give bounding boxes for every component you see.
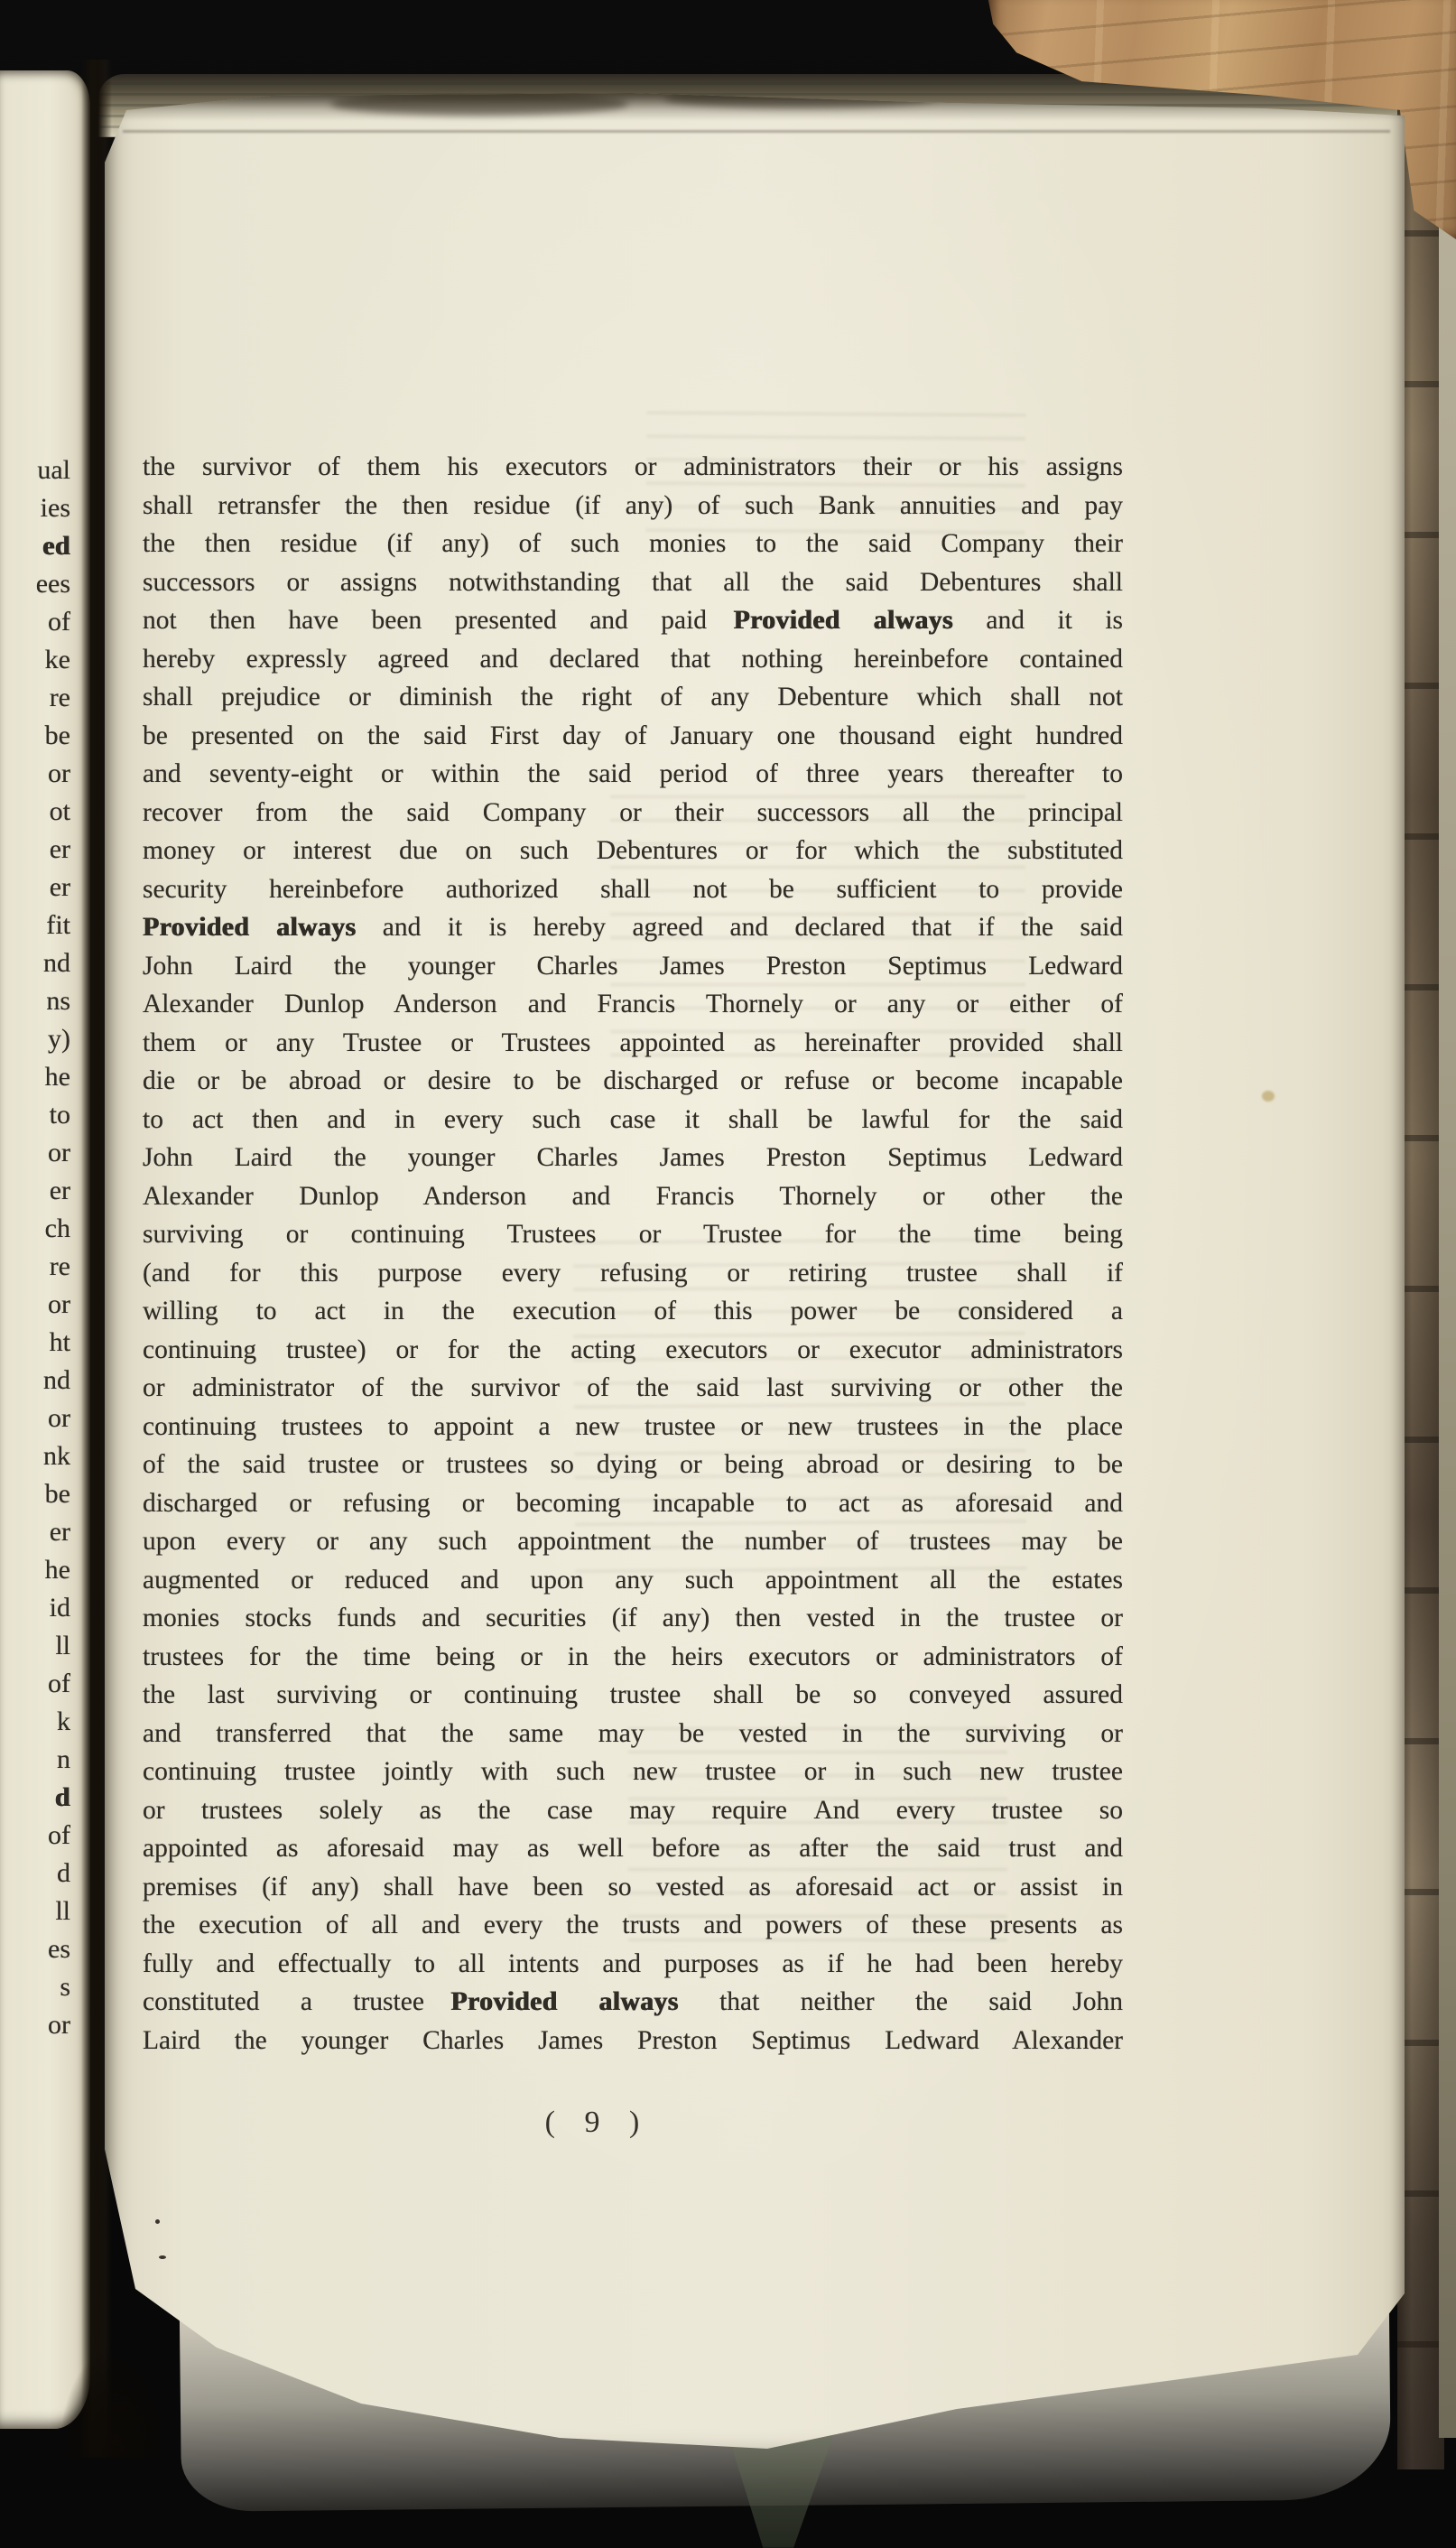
text-segment: Laird the younger Charles James Preston … (143, 2026, 1123, 2055)
text-segment: Alexander Dunlop Anderson and Francis Th… (143, 990, 1123, 1018)
text-segment: discharged or refusing or becoming incap… (143, 1489, 1123, 1518)
facing-page-line-fragment: re (0, 1248, 90, 1286)
text-line: and seventy-eight or within the said per… (143, 755, 1123, 794)
text-line: the execution of all and every the trust… (143, 1906, 1123, 1945)
top-edge-line (123, 130, 1390, 133)
text-line: Laird the younger Charles James Preston … (143, 2022, 1123, 2060)
facing-page-line-fragment: he (0, 1058, 90, 1096)
text-line: fully and effectually to all intents and… (143, 1945, 1123, 1984)
text-line: trustees for the time being or in the he… (143, 1638, 1123, 1677)
facing-page-line-fragment: d (0, 1779, 90, 1817)
facing-page-line-fragment: nd (0, 944, 90, 982)
text-line: continuing trustees to appoint a new tru… (143, 1408, 1123, 1446)
document-page: the survivor of them his executors or ad… (105, 90, 1405, 2460)
facing-page-line-fragment: nd (0, 1362, 90, 1400)
text-line: recover from the said Company or their s… (143, 794, 1123, 832)
text-line: John Laird the younger Charles James Pre… (143, 947, 1123, 986)
text-segment: or trustees solely as the case may requi… (143, 1796, 1123, 1825)
text-segment: the execution of all and every the trust… (143, 1911, 1123, 1939)
text-segment: shall retransfer the then residue (if an… (143, 491, 1123, 520)
page-number: ( 9 ) (475, 2106, 709, 2140)
text-segment: recover from the said Company or their s… (143, 798, 1123, 827)
text-segment: and transferred that the same may be ves… (143, 1719, 1123, 1748)
facing-page-line-fragment: fit (0, 907, 90, 944)
blackletter-phrase: Provided always (450, 1987, 678, 2016)
facing-page-line-fragment: es (0, 1930, 90, 1968)
text-line: continuing trustee jointly with such new… (143, 1753, 1123, 1791)
text-line: die or be abroad or desire to be dischar… (143, 1062, 1123, 1101)
ink-speck (155, 2219, 160, 2224)
facing-page-line-fragment: be (0, 1475, 90, 1513)
ink-speck (159, 2255, 166, 2259)
facing-page-line-fragment: be (0, 717, 90, 755)
facing-page-line-fragment: or (0, 2006, 90, 2044)
text-segment: shall prejudice or diminish the right of… (143, 683, 1123, 711)
facing-page-line-fragment: ees (0, 565, 90, 603)
text-line: or administrator of the survivor of the … (143, 1369, 1123, 1408)
facing-page-line-fragment: ll (0, 1627, 90, 1665)
text-segment: fully and effectually to all intents and… (143, 1949, 1123, 1978)
text-segment: the survivor of them his executors or ad… (143, 452, 1123, 481)
facing-page-line-fragment: or (0, 1400, 90, 1437)
text-line: hereby expressly agreed and declared tha… (143, 640, 1123, 679)
facing-page-line-fragment: er (0, 1172, 90, 1210)
text-line: surviving or continuing Trustees or Trus… (143, 1215, 1123, 1254)
text-segment: premises (if any) shall have been so ves… (143, 1873, 1123, 1902)
text-segment: appointed as aforesaid may as well befor… (143, 1834, 1123, 1863)
text-line: to act then and in every such case it sh… (143, 1101, 1123, 1139)
facing-page-line-fragment: he (0, 1551, 90, 1589)
text-segment: be presented on the said First day of Ja… (143, 721, 1123, 750)
facing-page-line-fragment: ns (0, 982, 90, 1020)
ink-smudge (330, 92, 628, 116)
facing-page-edge: ualiesedeesofkerebeorotererfitndnsy)heto… (0, 70, 90, 2429)
text-segment: and it is hereby agreed and declared tha… (356, 913, 1123, 942)
facing-page-line-fragment: re (0, 679, 90, 717)
facing-page-line-fragment: nk (0, 1437, 90, 1475)
fore-edge-pages-light (1439, 90, 1456, 2438)
text-segment: continuing trustees to appoint a new tru… (143, 1412, 1123, 1441)
facing-page-text-fragments: ualiesedeesofkerebeorotererfitndnsy)heto… (0, 451, 90, 2044)
text-line: continuing trustee) or for the acting ex… (143, 1331, 1123, 1370)
text-line: and transferred that the same may be ves… (143, 1715, 1123, 1753)
facing-page-line-fragment: or (0, 1134, 90, 1172)
text-line: willing to act in the execution of this … (143, 1292, 1123, 1331)
text-segment: to act then and in every such case it sh… (143, 1105, 1123, 1134)
text-segment: upon every or any such appointment the n… (143, 1527, 1123, 1556)
text-line: successors or assigns notwithstanding th… (143, 563, 1123, 602)
text-segment: successors or assigns notwithstanding th… (143, 568, 1123, 597)
text-segment: John Laird the younger Charles James Pre… (143, 1143, 1123, 1172)
text-line: of the said trustee or trustees so dying… (143, 1446, 1123, 1484)
text-line: constituted a trustee Provided always th… (143, 1983, 1123, 2022)
text-segment: the last surviving or continuing trustee… (143, 1680, 1123, 1709)
text-line: shall prejudice or diminish the right of… (143, 678, 1123, 717)
text-line: shall retransfer the then residue (if an… (143, 487, 1123, 525)
text-line: (and for this purpose every refusing or … (143, 1254, 1123, 1293)
text-segment: security hereinbefore authorized shall n… (143, 875, 1123, 904)
text-line: Alexander Dunlop Anderson and Francis Th… (143, 985, 1123, 1024)
text-segment: of the said trustee or trustees so dying… (143, 1450, 1123, 1479)
text-line: Provided always and it is hereby agreed … (143, 908, 1123, 947)
facing-page-line-fragment: ll (0, 1892, 90, 1930)
text-line: security hereinbefore authorized shall n… (143, 870, 1123, 909)
text-block: the survivor of them his executors or ad… (143, 448, 1123, 2060)
facing-page-line-fragment: or (0, 1286, 90, 1324)
text-segment: augmented or reduced and upon any such a… (143, 1566, 1123, 1595)
text-line: monies stocks funds and securities (if a… (143, 1599, 1123, 1638)
facing-page-line-fragment: ed (0, 527, 90, 565)
text-line: money or interest due on such Debentures… (143, 832, 1123, 870)
text-segment: that neither the said John (679, 1987, 1123, 2016)
blackletter-phrase: Provided always (143, 913, 356, 942)
text-line: discharged or refusing or becoming incap… (143, 1484, 1123, 1523)
foxing-spot (1262, 1091, 1275, 1102)
facing-page-line-fragment: n (0, 1741, 90, 1779)
text-line: the then residue (if any) of such monies… (143, 525, 1123, 563)
text-segment: surviving or continuing Trustees or Trus… (143, 1220, 1123, 1249)
text-segment: continuing trustee) or for the acting ex… (143, 1335, 1123, 1364)
text-segment: willing to act in the execution of this … (143, 1297, 1123, 1325)
text-segment: constituted a trustee (143, 1987, 450, 2016)
text-segment: John Laird the younger Charles James Pre… (143, 952, 1123, 981)
facing-page-line-fragment: er (0, 1513, 90, 1551)
text-line: augmented or reduced and upon any such a… (143, 1561, 1123, 1600)
text-line: be presented on the said First day of Ja… (143, 717, 1123, 756)
text-line: or trustees solely as the case may requi… (143, 1791, 1123, 1830)
facing-page-line-fragment: id (0, 1589, 90, 1627)
text-segment: them or any Trustee or Trustees appointe… (143, 1028, 1123, 1057)
facing-page-line-fragment: of (0, 1665, 90, 1703)
text-segment: trustees for the time being or in the he… (143, 1642, 1123, 1671)
text-line: appointed as aforesaid may as well befor… (143, 1829, 1123, 1868)
facing-page-line-fragment: ht (0, 1324, 90, 1362)
facing-page-line-fragment: er (0, 831, 90, 869)
facing-page-line-fragment: ies (0, 489, 90, 527)
text-segment: and seventy-eight or within the said per… (143, 759, 1123, 788)
text-segment: monies stocks funds and securities (if a… (143, 1604, 1123, 1632)
facing-page-line-fragment: of (0, 603, 90, 641)
text-segment: and it is (953, 606, 1123, 635)
text-segment: the then residue (if any) of such monies… (143, 529, 1123, 558)
facing-page-line-fragment: ke (0, 641, 90, 679)
facing-page-line-fragment: ot (0, 793, 90, 831)
text-segment: or administrator of the survivor of the … (143, 1373, 1123, 1402)
text-line: the survivor of them his executors or ad… (143, 448, 1123, 487)
text-segment: (and for this purpose every refusing or … (143, 1259, 1123, 1288)
text-segment: not then have been presented and paid (143, 606, 734, 635)
text-line: premises (if any) shall have been so ves… (143, 1868, 1123, 1907)
text-line: the last surviving or continuing trustee… (143, 1676, 1123, 1715)
text-line: not then have been presented and paid Pr… (143, 601, 1123, 640)
text-segment: Alexander Dunlop Anderson and Francis Th… (143, 1182, 1123, 1211)
facing-page-line-fragment: y) (0, 1020, 90, 1058)
text-segment: die or be abroad or desire to be dischar… (143, 1066, 1123, 1095)
text-segment: hereby expressly agreed and declared tha… (143, 645, 1123, 674)
text-line: upon every or any such appointment the n… (143, 1522, 1123, 1561)
facing-page-line-fragment: d (0, 1855, 90, 1892)
facing-page-line-fragment: of (0, 1817, 90, 1855)
facing-page-line-fragment: k (0, 1703, 90, 1741)
text-line: John Laird the younger Charles James Pre… (143, 1139, 1123, 1177)
facing-page-line-fragment: to (0, 1096, 90, 1134)
facing-page-line-fragment: ch (0, 1210, 90, 1248)
facing-page-line-fragment: s (0, 1968, 90, 2006)
text-line: Alexander Dunlop Anderson and Francis Th… (143, 1177, 1123, 1216)
blackletter-phrase: Provided always (734, 606, 953, 635)
book-photo-scene: ualiesedeesofkerebeorotererfitndnsy)heto… (0, 0, 1456, 2548)
text-line: them or any Trustee or Trustees appointe… (143, 1024, 1123, 1063)
facing-page-line-fragment: ual (0, 451, 90, 489)
text-segment: money or interest due on such Debentures… (143, 836, 1123, 865)
text-segment: continuing trustee jointly with such new… (143, 1757, 1123, 1786)
facing-page-line-fragment: er (0, 869, 90, 907)
facing-page-line-fragment: or (0, 755, 90, 793)
